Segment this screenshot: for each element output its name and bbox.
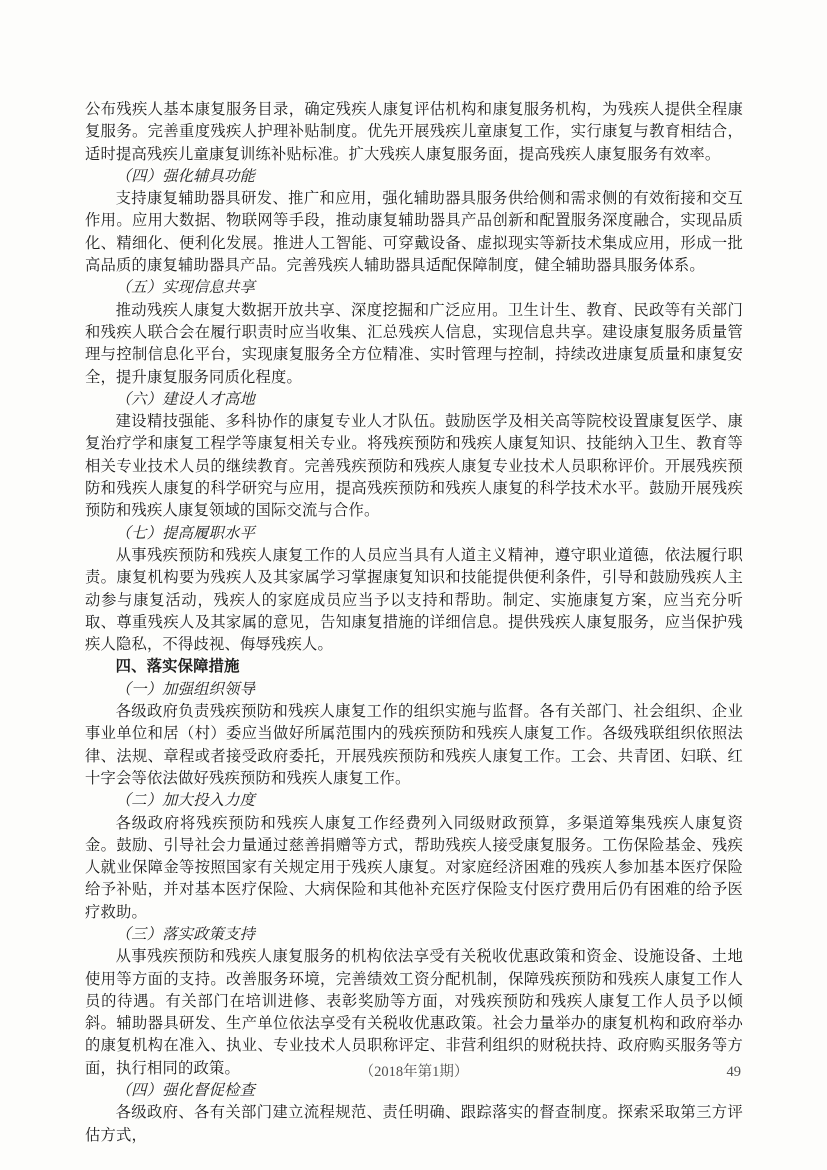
body-paragraph: 各级政府将残疾预防和残疾人康复工作经费列入同级财政预算，多渠道筹集残疾人康复资金… [85, 813, 743, 924]
document-body: 公布残疾人基本康复服务目录，确定残疾人康复评估机构和康复服务机构，为残疾人提供全… [85, 99, 743, 1147]
body-paragraph: 各级政府、各有关部门建立流程规范、责任明确、跟踪落实的督查制度。探索采取第三方评… [85, 1102, 743, 1147]
subheading-policy-support: （三）落实政策支持 [85, 924, 743, 946]
subheading-information-sharing: （五）实现信息共享 [85, 277, 743, 299]
body-paragraph: 建设精技强能、多科协作的康复专业人才队伍。鼓励医学及相关高等院校设置康复医学、康… [85, 411, 743, 522]
section-heading-safeguard-measures: 四、落实保障措施 [85, 656, 743, 678]
subheading-duty-performance: （七）提高履职水平 [85, 523, 743, 545]
subheading-talent-development: （六）建设人才高地 [85, 389, 743, 411]
subheading-organizational-leadership: （一）加强组织领导 [85, 679, 743, 701]
subheading-supervision-inspection: （四）强化督促检查 [85, 1080, 743, 1102]
body-paragraph: 从事残疾预防和残疾人康复工作的人员应当具有人道主义精神，遵守职业道德，依法履行职… [85, 545, 743, 656]
page-footer: （2018年第1期） 49 [85, 1061, 743, 1083]
page-number: 49 [727, 1061, 742, 1083]
continuation-paragraph: 公布残疾人基本康复服务目录，确定残疾人康复评估机构和康复服务机构，为残疾人提供全… [85, 99, 743, 166]
body-paragraph: 各级政府负责残疾预防和残疾人康复工作的组织实施与监督。各有关部门、社会组织、企业… [85, 701, 743, 790]
body-paragraph: 支持康复辅助器具研发、推广和应用，强化辅助器具服务供给侧和需求侧的有效衔接和交互… [85, 188, 743, 277]
subheading-strengthen-assistive-devices: （四）强化辅具功能 [85, 166, 743, 188]
document-page: 公布残疾人基本康复服务目录，确定残疾人康复评估机构和康复服务机构，为残疾人提供全… [0, 0, 827, 1170]
subheading-increase-investment: （二）加大投入力度 [85, 790, 743, 812]
body-paragraph: 从事残疾预防和残疾人康复服务的机构依法享受有关税收优惠政策和资金、设施设备、土地… [85, 946, 743, 1080]
journal-issue-label: （2018年第1期） [85, 1061, 743, 1083]
body-paragraph: 推动残疾人康复大数据开放共享、深度挖掘和广泛应用。卫生计生、教育、民政等有关部门… [85, 300, 743, 389]
